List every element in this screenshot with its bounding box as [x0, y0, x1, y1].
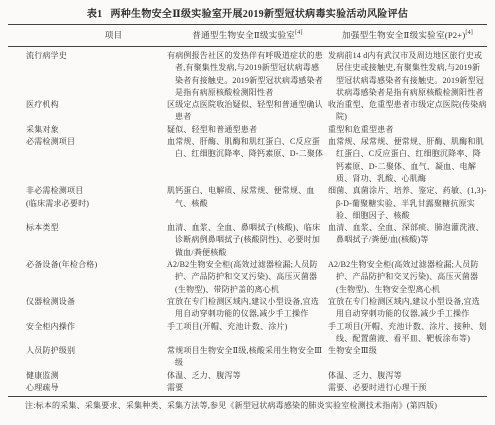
- table-row: 流行病学史有病例报告社区的发热伴有呼吸道症状的患者,有聚集性发病,与2019新型…: [8, 50, 487, 99]
- cell-standard-lab: 血常规、肝酶、肌酶和肌红蛋白、C反应蛋白、红细胞沉降率、降钙素原、D-二聚体: [167, 136, 328, 161]
- cell-standard-lab: 疑似、轻型和普通型患者: [167, 124, 328, 136]
- row-label: 医疗机构: [8, 99, 167, 111]
- cell-standard-lab: 区级定点医院收治疑似、轻型和普通型确认患者: [167, 99, 328, 124]
- table-row: 采集对象疑似、轻型和普通型患者重型和危重型患者: [8, 124, 487, 136]
- table-body: 流行病学史有病例报告社区的发热伴有呼吸道症状的患者,有聚集性发病,与2019新型…: [8, 47, 487, 396]
- table-header-row: 项目 普通型生物安全Ⅱ级实验室[4] 加强型生物安全Ⅱ级实验室(P2+)[4]: [8, 25, 487, 46]
- cell-standard-lab: 宜放在专门检测区域内,建议小型设备,宜选用自动穿刺功能的仪器,减少手工操作: [167, 296, 328, 321]
- cell-standard-lab: 有病例报告社区的发热伴有呼吸道症状的患者,有聚集性发病,与2019新型冠状病毒感…: [167, 50, 328, 99]
- table-caption: 表1两种生物安全Ⅱ级实验室开展2019新型冠状病毒实验活动风险评估: [0, 0, 495, 20]
- header-enhanced-lab-ref: [4]: [465, 30, 473, 36]
- cell-enhanced-lab: 发病前14 d内有武汉市及周边地区旅行史或居住史或接触史,有聚集性发病,与201…: [328, 50, 487, 99]
- table-row: 非必需检测项目(临床需求必要时)肌钙蛋白、电解质、尿常规、便常规、血气、核酸细菌…: [8, 185, 487, 222]
- cell-enhanced-lab: 生物安全Ⅲ级: [328, 345, 487, 357]
- cell-standard-lab: 常规项目生物安全Ⅱ级,核酸采用生物安全Ⅲ级: [167, 345, 328, 370]
- table-row: 健康监测体温、乏力、腹泻等体温、乏力、腹泻等: [8, 370, 487, 382]
- header-enhanced-lab-text: 加强型生物安全Ⅱ级实验室(P2+): [342, 30, 465, 40]
- row-label: 安全柜内操作: [8, 321, 167, 333]
- risk-assessment-table: 项目 普通型生物安全Ⅱ级实验室[4] 加强型生物安全Ⅱ级实验室(P2+)[4] …: [8, 24, 487, 397]
- row-label: 心理疏导: [8, 382, 167, 394]
- table-footnote: 注:标本的采集、采集要求、采集种类、采集方法等,参见《新型冠状病毒感染的肺炎实验…: [8, 400, 487, 411]
- row-label: 流行病学史: [8, 50, 167, 62]
- cell-standard-lab: 手工项目(开帽、充池计数、涂片): [167, 321, 328, 333]
- table-row: 人员防护级别常规项目生物安全Ⅱ级,核酸采用生物安全Ⅲ级生物安全Ⅲ级: [8, 345, 487, 370]
- table-title: 两种生物安全Ⅱ级实验室开展2019新型冠状病毒实验活动风险评估: [110, 9, 408, 20]
- scanned-table-page: 表1两种生物安全Ⅱ级实验室开展2019新型冠状病毒实验活动风险评估 项目 普通型…: [0, 0, 495, 425]
- table-row: 标本类型血清、血浆、全血、鼻咽拭子(核酸)、临床诊断病例鼻咽拭子(核酸阴性)、必…: [8, 222, 487, 259]
- cell-enhanced-lab: 血清、血浆、全血、深部痰、肺泡灌洗液、鼻咽拭子/粪便/血(核酸)等: [328, 222, 487, 247]
- cell-enhanced-lab: 重型和危重型患者: [328, 124, 487, 136]
- cell-standard-lab: 体温、乏力、腹泻等: [167, 370, 328, 382]
- cell-standard-lab: 血清、血浆、全血、鼻咽拭子(核酸)、临床诊断病例鼻咽拭子(核酸阴性)、必要时加做…: [167, 222, 328, 259]
- row-label: 标本类型: [8, 222, 167, 234]
- cell-enhanced-lab: 手工项目(开帽、充池计数、涂片、接种、划线、配置菌液、看平皿、靶板涂布等): [328, 321, 487, 346]
- header-standard-lab-ref: [4]: [295, 30, 303, 36]
- table-number: 表1: [87, 9, 103, 20]
- header-enhanced-lab: 加强型生物安全Ⅱ级实验室(P2+)[4]: [328, 29, 487, 41]
- cell-enhanced-lab: 收治重型、危重型患者市级定点医院(传染病院): [328, 99, 487, 124]
- cell-standard-lab: A2/B2生物安全柜(高效过滤器检漏;人员防护、产品防护和交叉污染)、高压灭菌器…: [167, 259, 328, 296]
- table-row: 必备设备(年检合格)A2/B2生物安全柜(高效过滤器检漏;人员防护、产品防护和交…: [8, 259, 487, 296]
- cell-enhanced-lab: 宜放在专门检测区域内,建议小型设备,宜选用自动穿刺功能的仪器,减少手工操作: [328, 296, 487, 321]
- row-label: 仪器检测设备: [8, 296, 167, 308]
- cell-enhanced-lab: 血常规、尿常规、便常规、肝酶、肌酶和肌红蛋白、C反应蛋白、红细胞沉降率、降钙素原…: [328, 136, 487, 185]
- row-label: 必需检测项目: [8, 136, 167, 148]
- cell-enhanced-lab: 体温、乏力、腹泻等: [328, 370, 487, 382]
- cell-enhanced-lab: A2/B2生物安全柜(高效过滤器检漏;人员防护、产品防护和交叉污染)、高压灭菌器…: [328, 259, 487, 296]
- header-standard-lab: 普通型生物安全Ⅱ级实验室[4]: [167, 29, 328, 41]
- row-label: 人员防护级别: [8, 345, 167, 357]
- header-item: 项目: [8, 29, 167, 41]
- cell-standard-lab: 肌钙蛋白、电解质、尿常规、便常规、血气、核酸: [167, 185, 328, 210]
- header-standard-lab-text: 普通型生物安全Ⅱ级实验室: [192, 30, 295, 40]
- row-label: 非必需检测项目(临床需求必要时): [8, 185, 167, 210]
- bottom-rule: [8, 396, 487, 397]
- table-row: 仪器检测设备宜放在专门检测区域内,建议小型设备,宜选用自动穿刺功能的仪器,减少手…: [8, 296, 487, 321]
- table-row: 安全柜内操作手工项目(开帽、充池计数、涂片)手工项目(开帽、充池计数、涂片、接种…: [8, 321, 487, 346]
- table-row: 医疗机构区级定点医院收治疑似、轻型和普通型确认患者收治重型、危重型患者市级定点医…: [8, 99, 487, 124]
- cell-enhanced-lab: 需要、必要时进行心理干预: [328, 382, 487, 394]
- table-row: 心理疏导需要需要、必要时进行心理干预: [8, 382, 487, 394]
- row-label: 健康监测: [8, 370, 167, 382]
- table-row: 必需检测项目血常规、肝酶、肌酶和肌红蛋白、C反应蛋白、红细胞沉降率、降钙素原、D…: [8, 136, 487, 185]
- row-label-note: (临床需求必要时): [26, 198, 167, 210]
- row-label: 采集对象: [8, 124, 167, 136]
- row-label: 必备设备(年检合格): [8, 259, 167, 271]
- cell-enhanced-lab: 细菌、真菌涂片、培养、鉴定、药敏、(1,3)-β-D-葡聚糖实验、半乳甘露聚糖抗…: [328, 185, 487, 222]
- cell-standard-lab: 需要: [167, 382, 328, 394]
